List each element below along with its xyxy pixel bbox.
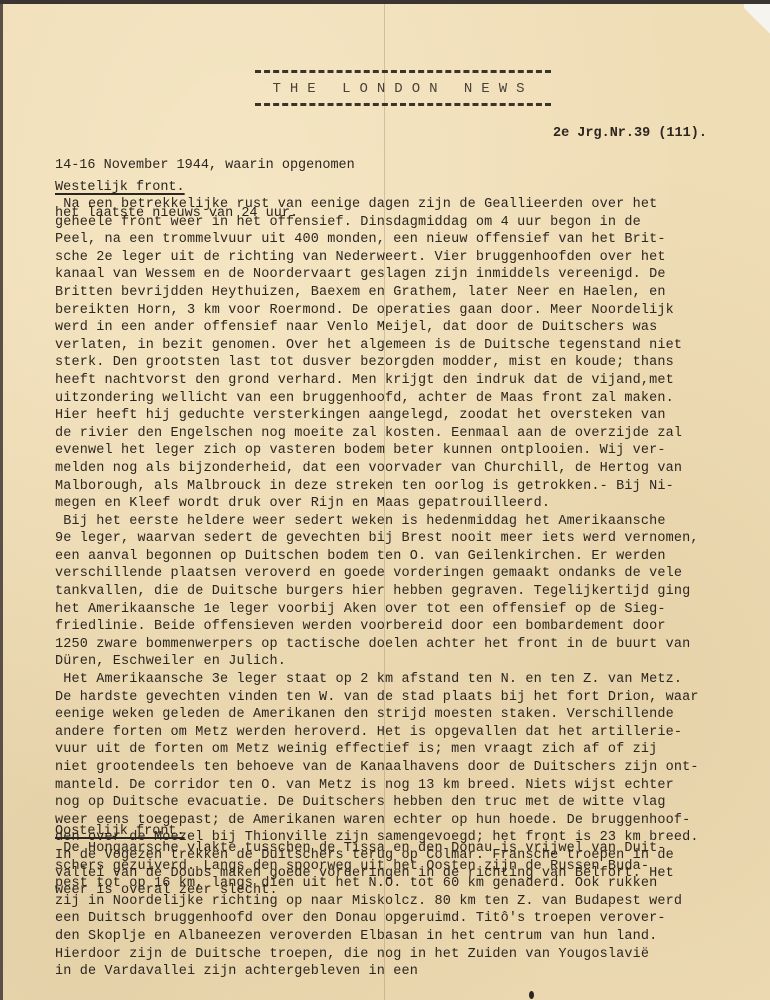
text-line: heeft nachtvorst den grond verhard. Men … [55,372,767,390]
text-line: Hier heeft hij geduchte versterkingen aa… [55,407,767,425]
ink-blot [529,991,534,999]
text-line: eenige weken geleden de Amerikanen den s… [55,706,767,724]
text-line: niet grootendeels ten behoeve van de Kan… [55,759,767,777]
text-line: andere forten om Metz werden heroverd. H… [55,724,767,742]
text-line: een Duitsch bruggenhoofd over den Donau … [55,910,767,928]
text-line: tankvallen, die de Duitsche burgers hier… [55,583,767,601]
text-line: Bij het eerste heldere weer sedert weken… [55,513,767,531]
typewritten-newsletter-page: THE LONDON NEWS 14-16 November 1944, waa… [0,4,770,1000]
text-line: sche 2e leger uit de richting van Nederw… [55,249,767,267]
text-line: Düren, Eschweiler en Julich. [55,653,767,671]
text-line: verlaten, in bezit genomen. Over het alg… [55,337,767,355]
issue-number: 2e Jrg.Nr.39 (111). [553,126,707,142]
text-line: werd in een ander offensief naar Venlo M… [55,319,767,337]
text-line: de rivier den Engelschen nog moeite zal … [55,425,767,443]
text-line: De hardste gevechten vinden ten W. van d… [55,689,767,707]
text-line: geheele front weer in het offensief. Din… [55,214,767,232]
text-line: Hierdoor zijn de Duitsche troepen, die n… [55,946,767,964]
text-line: pest tot op 16 km, langs dien uit het N.… [55,875,767,893]
text-line: bereikten Horn, 3 km voor Roermond. De o… [55,302,767,320]
text-line: een aanval begonnen op Duitschen bodem t… [55,548,767,566]
text-line: De Hongaarsche vlakte tusschen de Tissa … [55,840,767,858]
text-line: manteld. De corridor ten O. van Metz is … [55,777,767,795]
text-line: 1250 zware bommenwerpers op tactische do… [55,636,767,654]
newsletter-title: THE LONDON NEWS [253,73,553,103]
text-line: Peel, na een trommelvuur uit 400 monden,… [55,231,767,249]
text-line: verschillende plaatsen veroverd en goede… [55,565,767,583]
text-line: nog op Duitsche evacuatie. De Duitschers… [55,794,767,812]
text-line: sterk. Den grootsten last tot dusver bez… [55,354,767,372]
text-line: kanaal van Wessem en de Noordervaart ges… [55,266,767,284]
text-line: Malborough, als Malbrouck in deze streke… [55,478,767,496]
masthead: THE LONDON NEWS [253,70,553,106]
date-line-1: 14-16 November 1944, waarin opgenomen [55,158,355,174]
text-line: Na een betrekkelijke rust van eenige dag… [55,196,767,214]
section-body: Na een betrekkelijke rust van eenige dag… [55,196,767,900]
section-body: De Hongaarsche vlakte tusschen de Tissa … [55,840,767,981]
text-line: Het Amerikaansche 3e leger staat op 2 km… [55,671,767,689]
text-line: megen en Kleef wordt druk over Rijn en M… [55,495,767,513]
text-line: het Amerikaansche 1e leger voorbij Aken … [55,601,767,619]
text-line: zij in Noordelijke richting op naar Misk… [55,893,767,911]
text-line: in de Vardavallei zijn achtergebleven in… [55,963,767,981]
folded-corner [744,4,770,38]
text-line: 9e leger, waarvan sedert de gevechten bi… [55,530,767,548]
text-line: evenwel het leger zich op vasteren bodem… [55,442,767,460]
section-western-front: Westelijk front. Na een betrekkelijke ru… [55,180,767,900]
text-line: den Skoplje en Albaneezen veroverden Elb… [55,928,767,946]
text-line: vuur uit de forten om Metz weinig effect… [55,741,767,759]
text-line: melden nog als bijzonderheid, dat een vo… [55,460,767,478]
masthead-bottom-rule [255,103,551,106]
section-eastern-front: Oostelijk front. De Hongaarsche vlakte t… [55,824,767,981]
text-line: schers gezuiverd. Langs den spoorweg uit… [55,858,767,876]
section-heading: Westelijk front. [55,180,767,196]
text-line: Britten bevrijdden Heythuizen, Baexem en… [55,284,767,302]
text-line: uitzondering wellicht van een bruggenhoo… [55,390,767,408]
section-heading: Oostelijk front. [55,824,767,840]
text-line: friedlinie. Beide offensieven werden voo… [55,618,767,636]
